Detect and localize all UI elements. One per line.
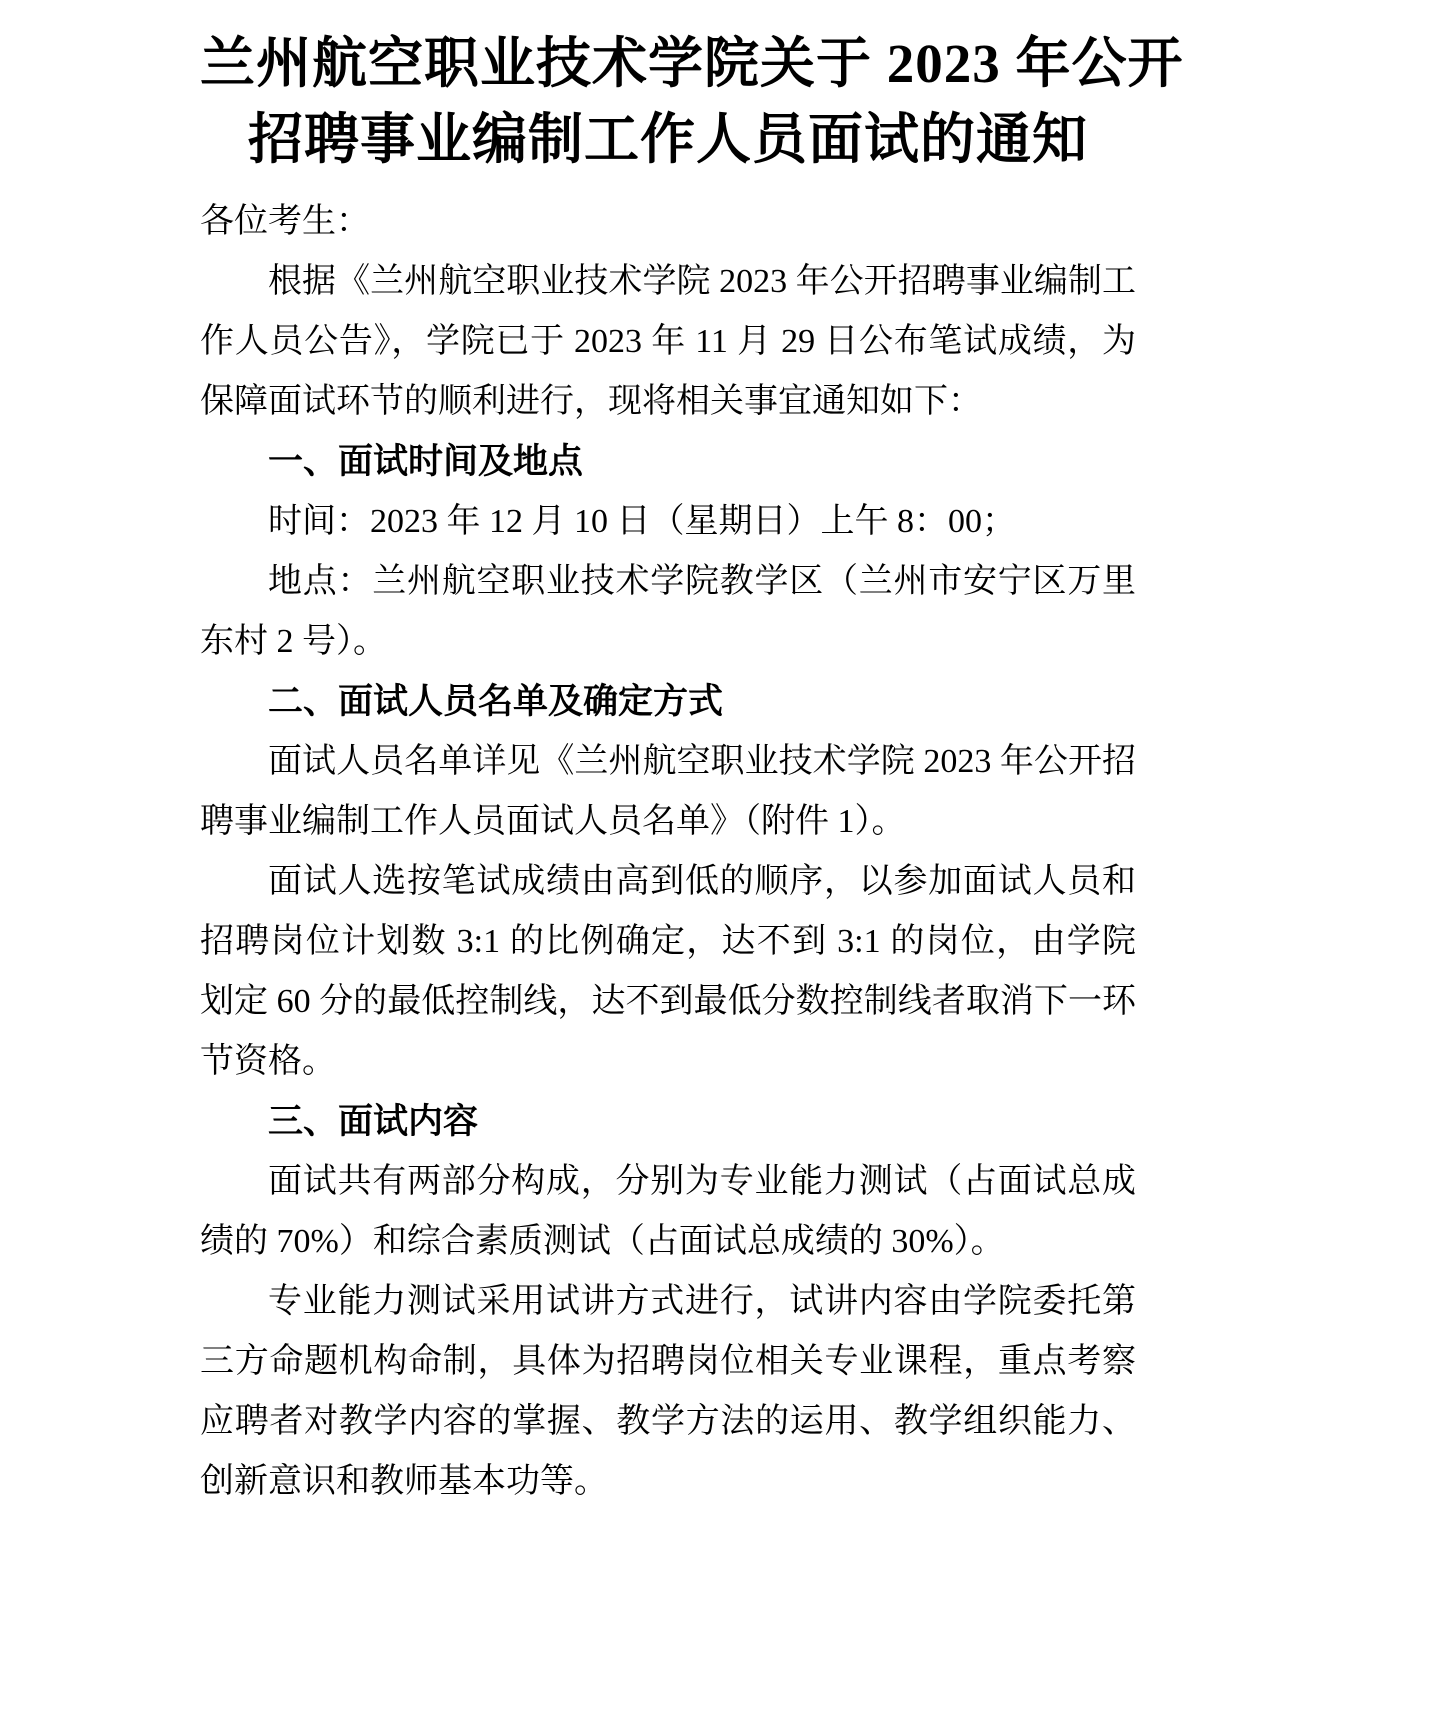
paragraph-interview-composition: 面试共有两部分构成，分别为专业能力测试（占面试总成绩的 70%）和综合素质测试（… (200, 1152, 1136, 1272)
document-title: 兰州航空职业技术学院关于 2023 年公开 招聘事业编制工作人员面试的通知 (200, 26, 1136, 178)
paragraph-interview-location: 地点：兰州航空职业技术学院教学区（兰州市安宁区万里东村 2 号）。 (200, 552, 1136, 672)
paragraph-professional-test: 专业能力测试采用试讲方式进行，试讲内容由学院委托第三方命题机构命制，具体为招聘岗… (200, 1272, 1136, 1512)
document-body: 各位考生： 根据《兰州航空职业技术学院 2023 年公开招聘事业编制工作人员公告… (200, 192, 1136, 1512)
paragraph-intro: 根据《兰州航空职业技术学院 2023 年公开招聘事业编制工作人员公告》，学院已于… (200, 252, 1136, 432)
document-title-line-1: 兰州航空职业技术学院关于 2023 年公开 (200, 26, 1136, 102)
heading-section-2: 二、面试人员名单及确定方式 (200, 672, 1136, 732)
paragraph-ratio-rule: 面试人选按笔试成绩由高到低的顺序，以参加面试人员和招聘岗位计划数 3:1 的比例… (200, 852, 1136, 1092)
heading-section-1: 一、面试时间及地点 (200, 432, 1136, 492)
paragraph-interview-time: 时间：2023 年 12 月 10 日（星期日）上午 8：00； (200, 492, 1136, 552)
salutation: 各位考生： (200, 192, 1136, 252)
document-content: 兰州航空职业技术学院关于 2023 年公开 招聘事业编制工作人员面试的通知 各位… (200, 26, 1136, 1512)
heading-section-3: 三、面试内容 (200, 1092, 1136, 1152)
document-page: 兰州航空职业技术学院关于 2023 年公开 招聘事业编制工作人员面试的通知 各位… (0, 0, 1446, 1718)
paragraph-name-list: 面试人员名单详见《兰州航空职业技术学院 2023 年公开招聘事业编制工作人员面试… (200, 732, 1136, 852)
document-title-line-2: 招聘事业编制工作人员面试的通知 (200, 102, 1136, 178)
